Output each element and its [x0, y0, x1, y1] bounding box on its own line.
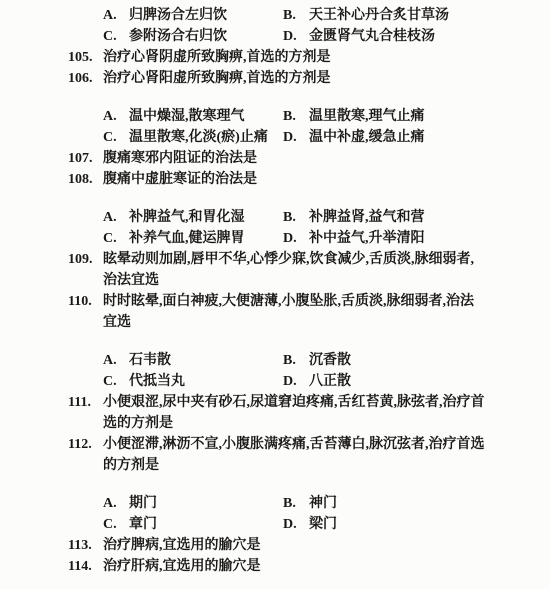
option-letter: A.: [103, 106, 129, 127]
option-text: 归脾汤合左归饮: [129, 5, 227, 26]
question-106: 106. 治疗心肾阳虚所致胸痹,首选的方剂是: [0, 68, 550, 89]
question-number: 108.: [68, 169, 103, 190]
exam-page: A. 归脾汤合左归饮 B. 天王补心丹合炙甘草汤 C. 参附汤合右归饮 D. 金…: [0, 0, 550, 589]
option-text: 期门: [129, 493, 157, 514]
option-letter: C.: [103, 228, 129, 249]
option-letter: D.: [283, 514, 309, 535]
question-text: 腹痛中虚脏寒证的治法是: [103, 169, 486, 190]
question-text: 小便涩滞,淋沥不宣,小腹胀满疼痛,舌苔薄白,脉沉弦者,治疗首选的方剂是: [103, 434, 486, 476]
option-letter: A.: [103, 207, 129, 228]
option-group-5: A. 期门 B. 神门 C. 章门 D. 梁门: [0, 493, 550, 535]
option-c: C. 补养气血,健运脾胃: [103, 228, 283, 249]
option-text: 参附汤合右归饮: [129, 26, 227, 47]
option-letter: C.: [103, 371, 129, 392]
option-letter: B.: [283, 5, 309, 26]
option-letter: D.: [283, 371, 309, 392]
option-group-3: A. 补脾益气,和胃化湿 B. 补脾益肾,益气和营 C. 补养气血,健运脾胃 D…: [0, 207, 550, 249]
option-row: C. 参附汤合右归饮 D. 金匮肾气丸合桂枝汤: [0, 26, 550, 47]
option-row: A. 补脾益气,和胃化湿 B. 补脾益肾,益气和营: [0, 207, 550, 228]
question-number: 113.: [68, 535, 103, 556]
option-d: D. 八正散: [283, 371, 351, 392]
option-row: A. 期门 B. 神门: [0, 493, 550, 514]
question-113: 113. 治疗脾病,宜选用的腧穴是: [0, 535, 550, 556]
option-text: 沉香散: [309, 350, 351, 371]
question-number: 105.: [68, 47, 103, 68]
question-text: 时时眩晕,面白神疲,大便溏薄,小腹坠胀,舌质淡,脉细弱者,治法宜选: [103, 291, 486, 333]
option-text: 补脾益肾,益气和营: [309, 207, 425, 228]
question-number: 107.: [68, 148, 103, 169]
question-number: 111.: [68, 392, 103, 434]
option-text: 代抵当丸: [129, 371, 185, 392]
option-d: D. 金匮肾气丸合桂枝汤: [283, 26, 435, 47]
option-row: C. 温里散寒,化淡(瘀)止痛 D. 温中补虚,缓急止痛: [0, 127, 550, 148]
option-c: C. 温里散寒,化淡(瘀)止痛: [103, 127, 283, 148]
question-114: 114. 治疗肝病,宜选用的腧穴是: [0, 556, 550, 577]
question-107: 107. 腹痛寒邪内阻证的治法是: [0, 148, 550, 169]
option-group-4: A. 石韦散 B. 沉香散 C. 代抵当丸 D. 八正散: [0, 350, 550, 392]
option-text: 补养气血,健运脾胃: [129, 228, 245, 249]
option-text: 梁门: [309, 514, 337, 535]
option-c: C. 章门: [103, 514, 283, 535]
option-row: A. 温中燥湿,散寒理气 B. 温里散寒,理气止痛: [0, 106, 550, 127]
question-111: 111. 小便艰涩,尿中夹有砂石,尿道窘迫疼痛,舌红苔黄,脉弦者,治疗首选的方剂…: [0, 392, 550, 434]
question-text: 腹痛寒邪内阻证的治法是: [103, 148, 486, 169]
option-letter: B.: [283, 350, 309, 371]
question-group-105-106: 105. 治疗心肾阴虚所致胸痹,首选的方剂是 106. 治疗心肾阳虚所致胸痹,首…: [0, 47, 550, 89]
option-group-1: A. 归脾汤合左归饮 B. 天王补心丹合炙甘草汤 C. 参附汤合右归饮 D. 金…: [0, 5, 550, 47]
option-row: C. 章门 D. 梁门: [0, 514, 550, 535]
option-b: B. 沉香散: [283, 350, 351, 371]
option-letter: B.: [283, 106, 309, 127]
option-c: C. 参附汤合右归饮: [103, 26, 283, 47]
option-b: B. 天王补心丹合炙甘草汤: [283, 5, 449, 26]
option-letter: D.: [283, 127, 309, 148]
option-d: D. 补中益气,升举清阳: [283, 228, 425, 249]
option-b: B. 补脾益肾,益气和营: [283, 207, 425, 228]
question-text: 治疗心肾阳虚所致胸痹,首选的方剂是: [103, 68, 486, 89]
question-text: 治疗肝病,宜选用的腧穴是: [103, 556, 486, 577]
option-c: C. 代抵当丸: [103, 371, 283, 392]
question-text: 治疗心肾阴虚所致胸痹,首选的方剂是: [103, 47, 486, 68]
option-letter: D.: [283, 228, 309, 249]
option-text: 章门: [129, 514, 157, 535]
question-text: 眩晕动则加剧,唇甲不华,心悸少寐,饮食减少,舌质淡,脉细弱者,治法宜选: [103, 249, 486, 291]
option-text: 金匮肾气丸合桂枝汤: [309, 26, 435, 47]
question-108: 108. 腹痛中虚脏寒证的治法是: [0, 169, 550, 190]
option-text: 温中燥湿,散寒理气: [129, 106, 245, 127]
option-b: B. 温里散寒,理气止痛: [283, 106, 425, 127]
question-group-111-112: 111. 小便艰涩,尿中夹有砂石,尿道窘迫疼痛,舌红苔黄,脉弦者,治疗首选的方剂…: [0, 392, 550, 476]
question-number: 106.: [68, 68, 103, 89]
question-112: 112. 小便涩滞,淋沥不宣,小腹胀满疼痛,舌苔薄白,脉沉弦者,治疗首选的方剂是: [0, 434, 550, 476]
question-text: 小便艰涩,尿中夹有砂石,尿道窘迫疼痛,舌红苔黄,脉弦者,治疗首选的方剂是: [103, 392, 486, 434]
option-letter: C.: [103, 514, 129, 535]
question-group-109-110: 109. 眩晕动则加剧,唇甲不华,心悸少寐,饮食减少,舌质淡,脉细弱者,治法宜选…: [0, 249, 550, 333]
option-d: D. 梁门: [283, 514, 337, 535]
question-number: 109.: [68, 249, 103, 291]
option-b: B. 神门: [283, 493, 337, 514]
option-row: C. 代抵当丸 D. 八正散: [0, 371, 550, 392]
question-group-107-108: 107. 腹痛寒邪内阻证的治法是 108. 腹痛中虚脏寒证的治法是: [0, 148, 550, 190]
option-letter: C.: [103, 26, 129, 47]
option-a: A. 期门: [103, 493, 283, 514]
option-text: 补脾益气,和胃化湿: [129, 207, 245, 228]
option-text: 温中补虚,缓急止痛: [309, 127, 425, 148]
question-number: 110.: [68, 291, 103, 333]
option-text: 石韦散: [129, 350, 171, 371]
option-row: C. 补养气血,健运脾胃 D. 补中益气,升举清阳: [0, 228, 550, 249]
option-group-2: A. 温中燥湿,散寒理气 B. 温里散寒,理气止痛 C. 温里散寒,化淡(瘀)止…: [0, 106, 550, 148]
option-text: 八正散: [309, 371, 351, 392]
question-110: 110. 时时眩晕,面白神疲,大便溏薄,小腹坠胀,舌质淡,脉细弱者,治法宜选: [0, 291, 550, 333]
option-letter: A.: [103, 493, 129, 514]
option-letter: B.: [283, 207, 309, 228]
option-a: A. 补脾益气,和胃化湿: [103, 207, 283, 228]
option-letter: A.: [103, 350, 129, 371]
option-text: 补中益气,升举清阳: [309, 228, 425, 249]
option-letter: C.: [103, 127, 129, 148]
option-text: 天王补心丹合炙甘草汤: [309, 5, 449, 26]
option-a: A. 温中燥湿,散寒理气: [103, 106, 283, 127]
option-d: D. 温中补虚,缓急止痛: [283, 127, 425, 148]
question-text: 治疗脾病,宜选用的腧穴是: [103, 535, 486, 556]
option-text: 温里散寒,理气止痛: [309, 106, 425, 127]
question-group-113-114: 113. 治疗脾病,宜选用的腧穴是 114. 治疗肝病,宜选用的腧穴是: [0, 535, 550, 577]
option-letter: D.: [283, 26, 309, 47]
question-number: 112.: [68, 434, 103, 476]
question-number: 114.: [68, 556, 103, 577]
option-text: 神门: [309, 493, 337, 514]
question-105: 105. 治疗心肾阴虚所致胸痹,首选的方剂是: [0, 47, 550, 68]
question-109: 109. 眩晕动则加剧,唇甲不华,心悸少寐,饮食减少,舌质淡,脉细弱者,治法宜选: [0, 249, 550, 291]
option-a: A. 石韦散: [103, 350, 283, 371]
option-row: A. 石韦散 B. 沉香散: [0, 350, 550, 371]
option-text: 温里散寒,化淡(瘀)止痛: [129, 127, 268, 148]
option-row: A. 归脾汤合左归饮 B. 天王补心丹合炙甘草汤: [0, 5, 550, 26]
option-a: A. 归脾汤合左归饮: [103, 5, 283, 26]
option-letter: A.: [103, 5, 129, 26]
option-letter: B.: [283, 493, 309, 514]
